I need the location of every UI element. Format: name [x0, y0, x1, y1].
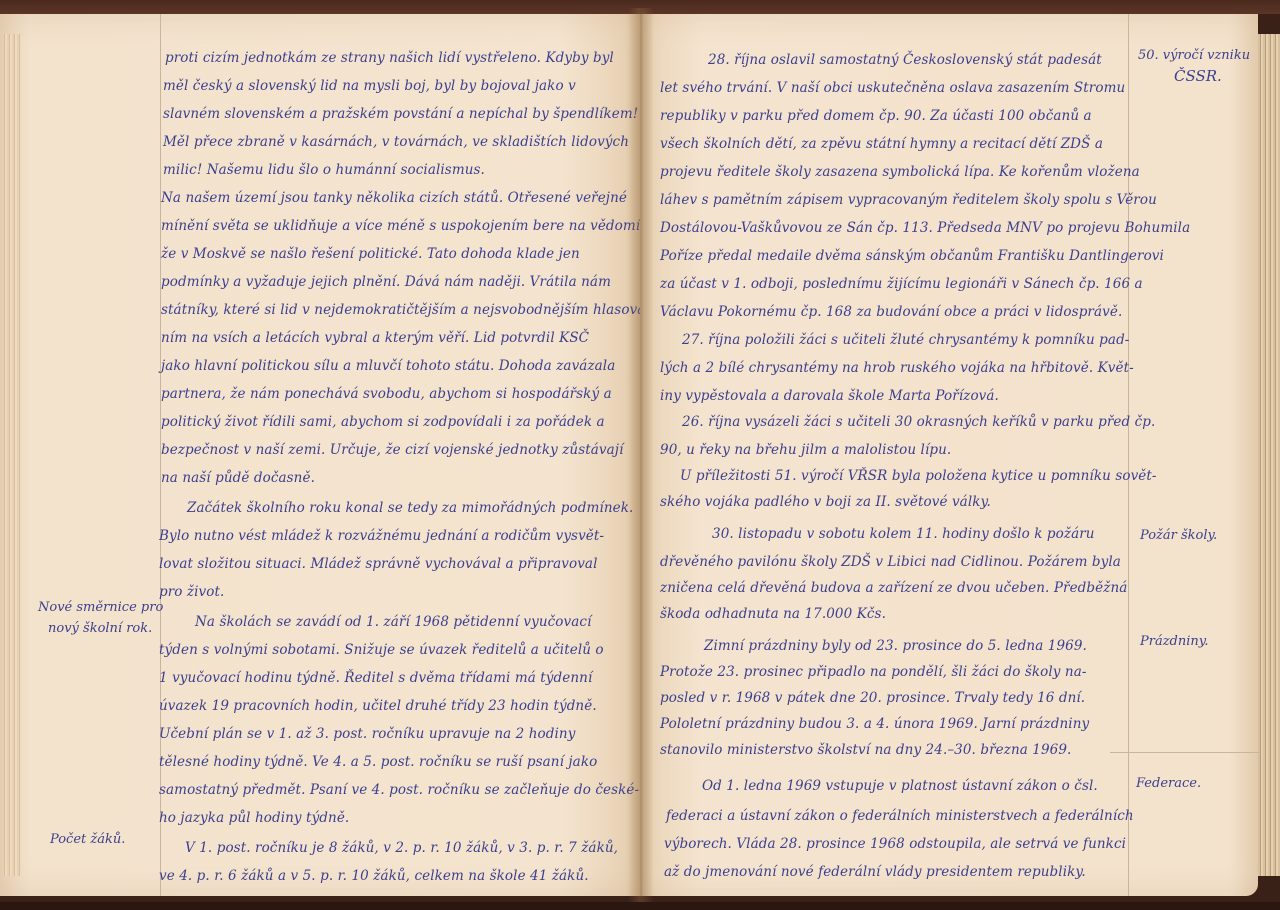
text-line: Měl přece zbraně v kasárnách, v továrnác… [163, 134, 629, 150]
text-line: iny vypěstovala a darovala škole Marta P… [660, 388, 999, 404]
text-line: mínění světa se uklidňuje a více méně s … [161, 218, 645, 234]
text-line: všech školních dětí, za zpěvu státní hym… [660, 136, 1103, 152]
left-page-edges [2, 34, 20, 876]
text-line: Dostálovou-Vaškůvovou ze Sán čp. 113. Př… [660, 220, 1190, 236]
margin-note-line: Počet žáků. [50, 832, 125, 847]
text-line: Od 1. ledna 1969 vstupuje v platnost úst… [702, 778, 1098, 794]
margin-note-pupil-count: Počet žáků. [50, 832, 125, 847]
text-line: U příležitosti 51. výročí VŘSR byla polo… [680, 468, 1157, 484]
text-line: lovat složitou situaci. Mládež správně v… [159, 556, 598, 572]
text-line: 30. listopadu v sobotu kolem 11. hodiny … [712, 526, 1095, 542]
text-line: ve 4. p. r. 6 žáků a v 5. p. r. 10 žáků,… [159, 868, 589, 884]
text-line: ského vojáka padlého v boji za II. světo… [660, 494, 991, 510]
text-line: V 1. post. ročníku je 8 žáků, v 2. p. r.… [185, 840, 618, 856]
text-line: 1 vyučovací hodinu týdně. Ředitel s dvěm… [159, 670, 592, 686]
text-line: pro život. [159, 584, 224, 600]
text-line: proti cizím jednotkám ze strany našich l… [165, 50, 614, 66]
margin-note-new-directives: Nové směrnice pro nový školní rok. [38, 600, 163, 636]
margin-divider-rule [1110, 752, 1260, 753]
text-line: jako hlavní politickou sílu a mluvčí toh… [161, 358, 615, 374]
text-line: milic! Našemu lidu šlo o humánní sociali… [163, 162, 485, 178]
text-line: 26. října vysázeli žáci s učiteli 30 okr… [682, 414, 1155, 430]
margin-note-line: Prázdniny. [1140, 634, 1209, 649]
right-margin-rule [1128, 14, 1129, 896]
text-line: týden s volnými sobotami. Snižuje se úva… [159, 642, 604, 658]
text-line: tělesné hodiny týdně. Ve 4. a 5. post. r… [159, 754, 597, 770]
text-line: Na školách se zavádí od 1. září 1968 pět… [195, 614, 592, 630]
text-line: Pololetní prázdniny budou 3. a 4. února … [660, 716, 1089, 732]
text-line: partnera, že nám ponechává svobodu, abyc… [161, 386, 612, 402]
text-line: ho jazyka půl hodiny týdně. [159, 810, 349, 826]
text-line: republiky v parku před domem čp. 90. Za … [660, 108, 1092, 124]
text-line: federaci a ústavní zákon o federálních m… [666, 808, 1134, 824]
left-page: proti cizím jednotkám ze strany našich l… [0, 14, 640, 896]
text-line: 90, u řeky na břehu jilm a malolistou lí… [660, 442, 951, 458]
text-line: Zimní prázdniny byly od 23. prosince do … [704, 638, 1087, 654]
text-line: úvazek 19 pracovních hodin, učitel druhé… [159, 698, 597, 714]
text-line: měl český a slovenský lid na mysli boj, … [163, 78, 576, 94]
right-page-edges [1258, 34, 1280, 876]
text-line: ním na vsích a letácích vybral a kterým … [161, 330, 589, 346]
text-line: podmínky a vyžaduje jejich plnění. Dává … [161, 274, 611, 290]
text-line: výborech. Vláda 28. prosince 1968 odstou… [664, 836, 1126, 852]
text-line: stanovilo ministerstvo školství na dny 2… [660, 742, 1071, 758]
margin-note-line: ČSSR. [1174, 67, 1250, 85]
margin-note-line: Požár školy. [1140, 528, 1217, 543]
open-book: proti cizím jednotkám ze strany našich l… [0, 8, 1280, 904]
margin-note-line: 50. výročí vzniku [1138, 48, 1250, 63]
text-line: zničena celá dřevěná budova a zařízení z… [660, 580, 1127, 596]
text-line: projevu ředitele školy zasazena symbolic… [660, 164, 1140, 180]
right-page: 28. října oslavil samostatný Českosloven… [640, 14, 1258, 896]
margin-note-line: Federace. [1136, 776, 1201, 791]
text-line: Začátek školního roku konal se tedy za m… [187, 500, 633, 516]
margin-note-holidays: Prázdniny. [1140, 634, 1209, 649]
book-cover-bottom [0, 902, 1280, 910]
margin-note-federation: Federace. [1136, 776, 1201, 791]
margin-note-school-fire: Požár školy. [1140, 528, 1217, 543]
margin-note-line: nový školní rok. [48, 621, 163, 636]
text-line: bezpečnost v naší zemi. Určuje, že cizí … [161, 442, 624, 458]
text-line: státníky, které si lid v nejdemokratičtě… [161, 302, 650, 318]
text-line: 27. října položili žáci s učiteli žluté … [682, 332, 1129, 348]
text-line: na naší půdě dočasně. [161, 470, 315, 486]
text-line: politický život řídili sami, abychom si … [161, 414, 605, 430]
text-line: Václavu Pokornému čp. 168 za budování ob… [660, 304, 1122, 320]
text-line: Poříze předal medaile dvěma sánským obča… [660, 248, 1164, 264]
text-line: lých a 2 bílé chrysantémy na hrob ruskéh… [660, 360, 1134, 376]
text-line: za účast v 1. odboji, poslednímu žijícím… [660, 276, 1143, 292]
text-line: Bylo nutno vést mládež k rozvážnému jedn… [159, 528, 604, 544]
text-line: posled v r. 1968 v pátek dne 20. prosinc… [660, 690, 1085, 706]
text-line: že v Moskvě se našlo řešení politické. T… [161, 246, 580, 262]
margin-note-50th-anniversary: 50. výročí vzniku ČSSR. [1138, 48, 1250, 85]
text-line: Protože 23. prosinec připadlo na pondělí… [660, 664, 1087, 680]
text-line: škoda odhadnuta na 17.000 Kčs. [660, 606, 886, 622]
text-line: samostatný předmět. Psaní ve 4. post. ro… [159, 782, 639, 798]
text-line: Učební plán se v 1. až 3. post. ročníku … [159, 726, 575, 742]
text-line: Na našem území jsou tanky několika cizíc… [161, 190, 627, 206]
text-line: slavném slovenském a pražském povstání a… [163, 106, 638, 122]
text-line: dřevěného pavilónu školy ZDŠ v Libici na… [660, 554, 1121, 570]
text-line: až do jmenování nové federální vlády pre… [664, 864, 1086, 880]
text-line: let svého trvání. V naší obci uskutečněn… [660, 80, 1125, 96]
margin-note-line: Nové směrnice pro [38, 600, 163, 615]
text-line: 28. října oslavil samostatný Českosloven… [708, 52, 1102, 68]
text-line: láhev s pamětním zápisem vypracovaným ře… [660, 192, 1157, 208]
